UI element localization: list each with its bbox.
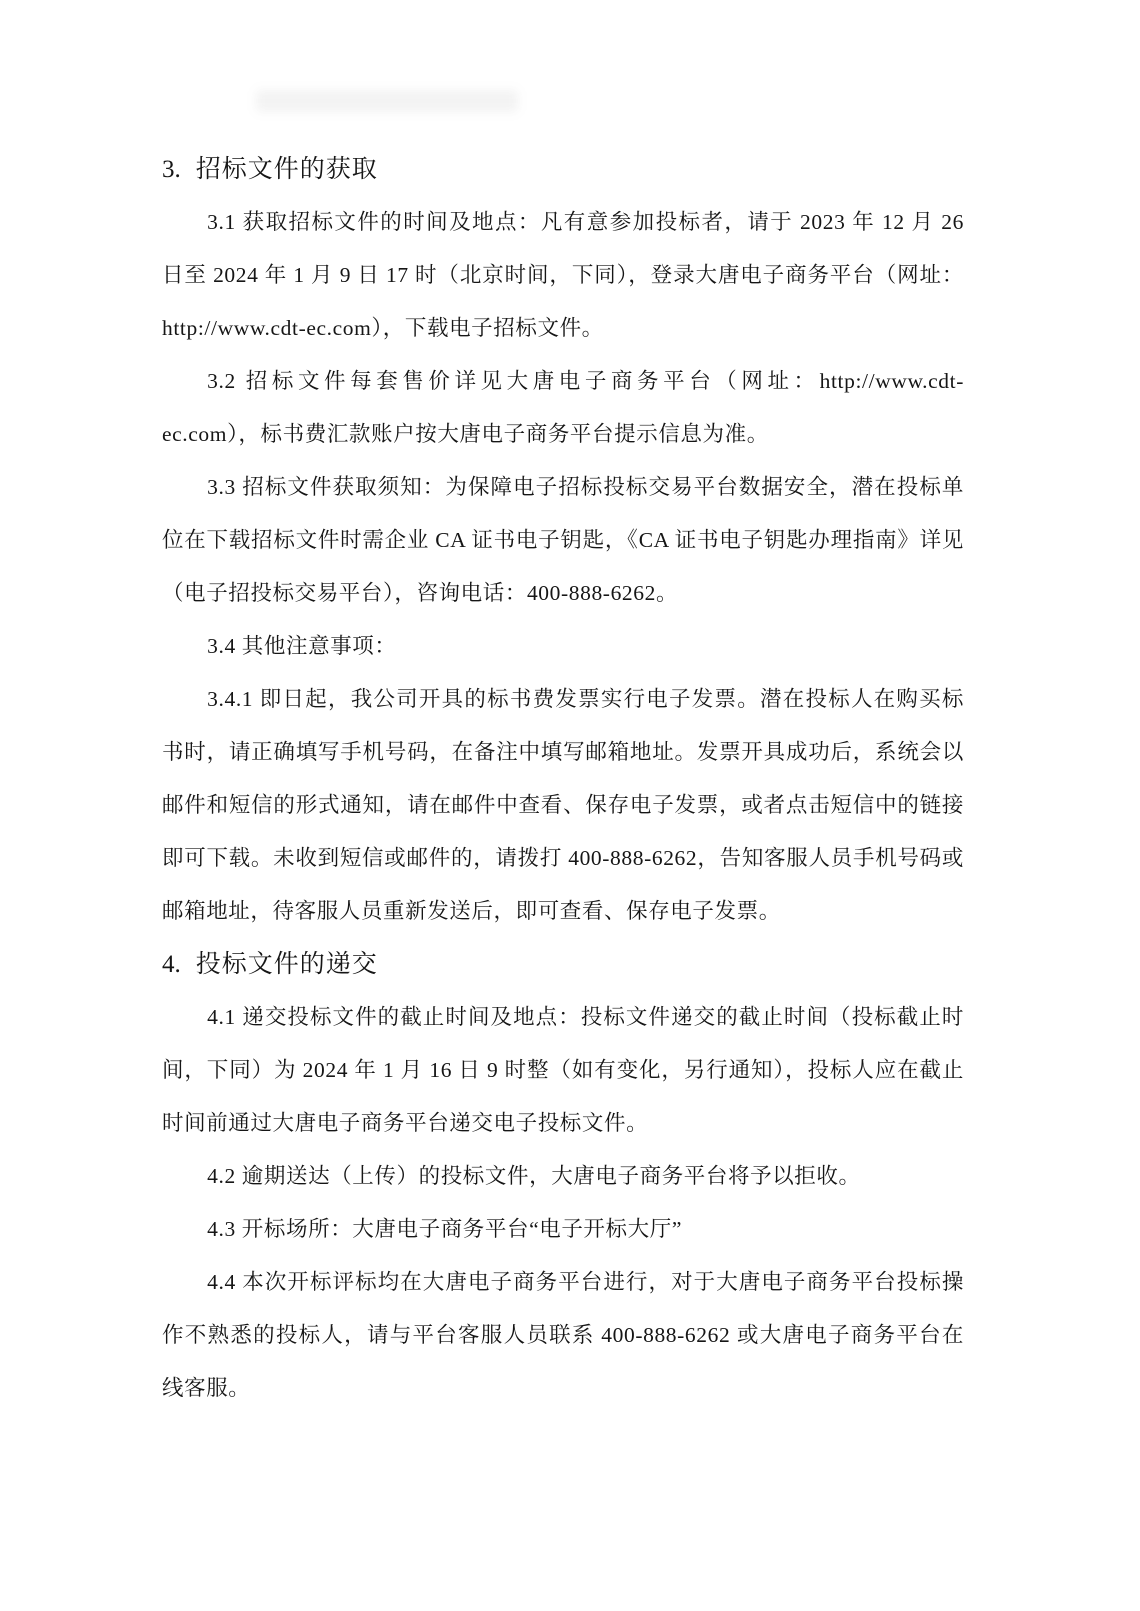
paragraph: 4.1 递交投标文件的截止时间及地点：投标文件递交的截止时间（投标截止时间，下同… — [162, 991, 964, 1150]
section-title: 投标文件的递交 — [196, 951, 378, 978]
paragraph: 3.4 其他注意事项： — [162, 620, 964, 673]
paragraph: 4.2 逾期送达（上传）的投标文件，大唐电子商务平台将予以拒收。 — [162, 1150, 964, 1203]
paragraph: 3.1 获取招标文件的时间及地点：凡有意参加投标者，请于 2023 年 12 月… — [162, 196, 964, 355]
scan-bleed-artifact — [256, 90, 518, 112]
paragraph: 3.4.1 即日起，我公司开具的标书费发票实行电子发票。潜在投标人在购买标书时，… — [162, 673, 964, 938]
paragraph: 3.3 招标文件获取须知：为保障电子招标投标交易平台数据安全，潜在投标单位在下载… — [162, 461, 964, 620]
paragraph: 4.3 开标场所：大唐电子商务平台“电子开标大厅” — [162, 1203, 964, 1256]
section-heading: 3.招标文件的获取 — [162, 143, 964, 196]
paragraph: 3.2 招标文件每套售价详见大唐电子商务平台（网址：http://www.cdt… — [162, 355, 964, 461]
document-content: 3.招标文件的获取3.1 获取招标文件的时间及地点：凡有意参加投标者，请于 20… — [162, 143, 964, 1415]
section-number: 3. — [162, 156, 181, 183]
section-number: 4. — [162, 951, 181, 978]
section-title: 招标文件的获取 — [196, 156, 378, 183]
document-page: 3.招标文件的获取3.1 获取招标文件的时间及地点：凡有意参加投标者，请于 20… — [0, 0, 1140, 1611]
section-heading: 4.投标文件的递交 — [162, 938, 964, 991]
paragraph: 4.4 本次开标评标均在大唐电子商务平台进行，对于大唐电子商务平台投标操作不熟悉… — [162, 1256, 964, 1415]
